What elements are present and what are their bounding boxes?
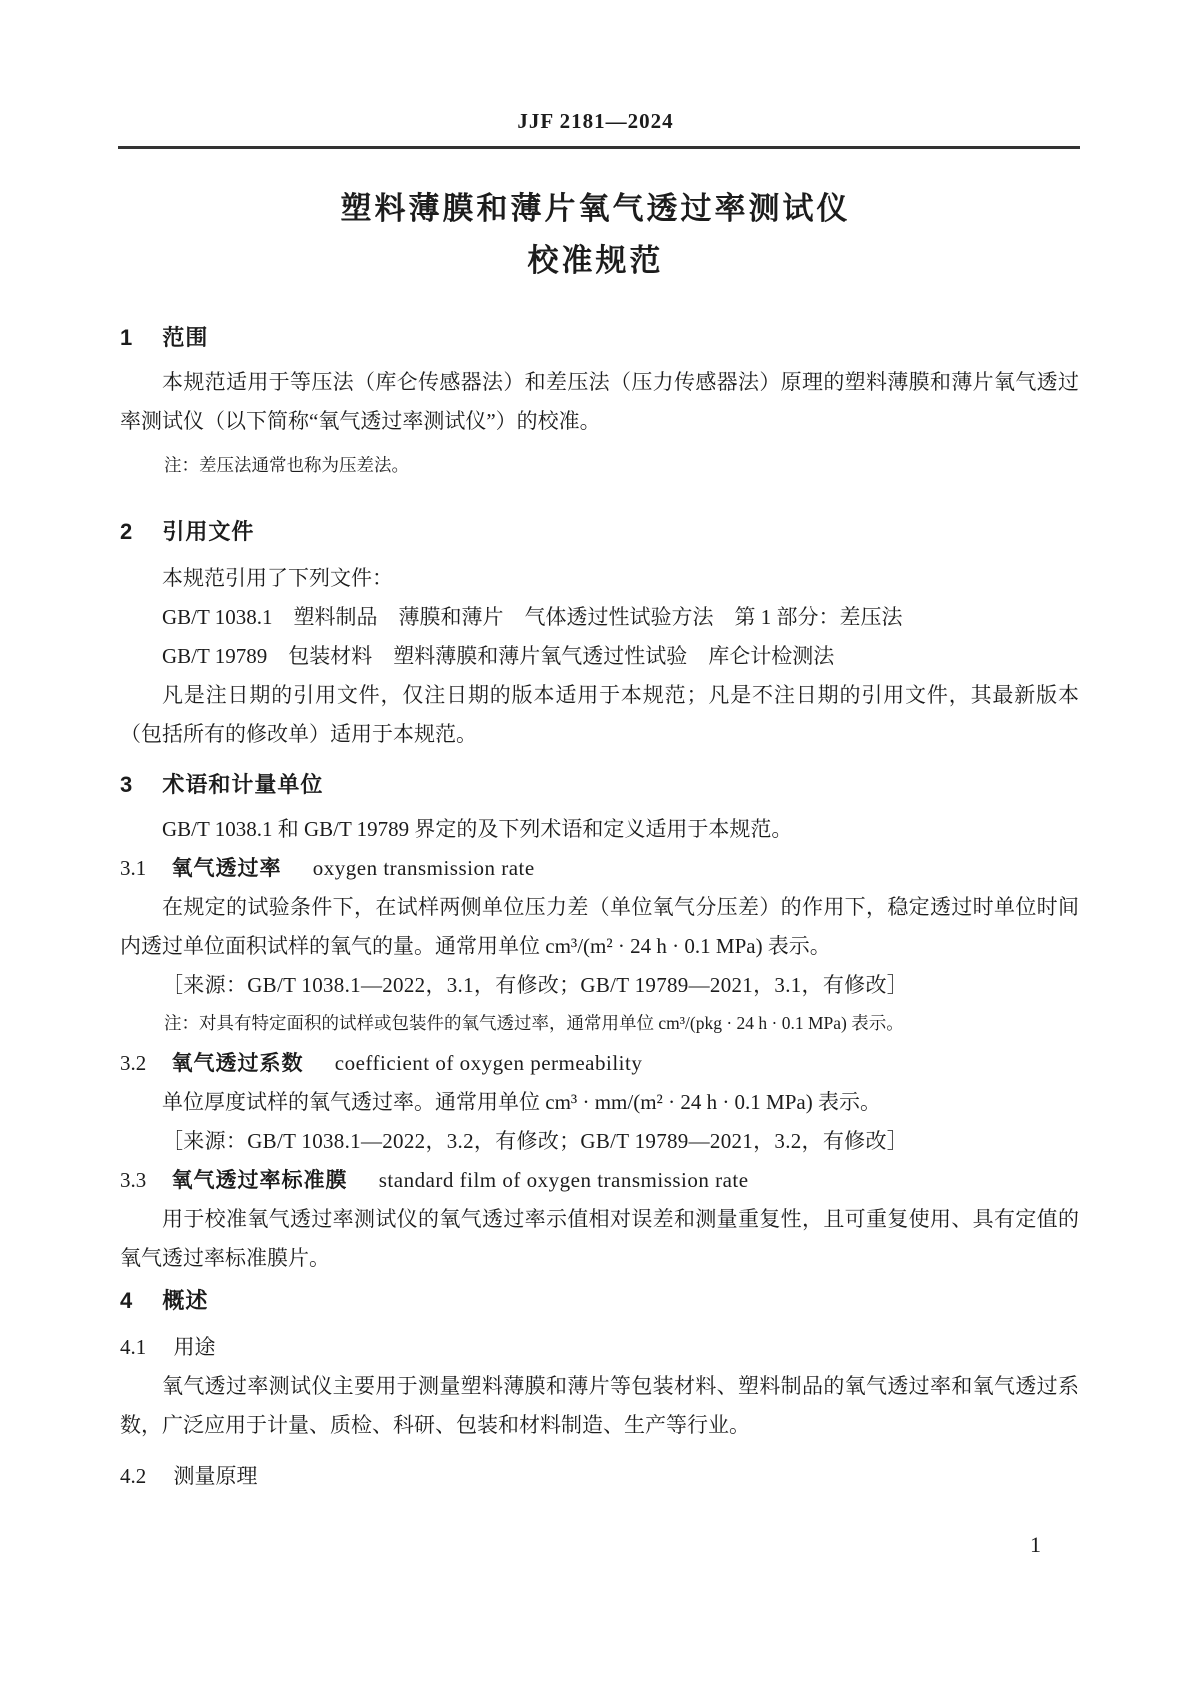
subsection-4-1-paragraph: 氧气透过率测试仪主要用于测量塑料薄膜和薄片等包装材料、塑料制品的氧气透过率和氧气… <box>120 1367 1079 1445</box>
term-3-2-name-en: coefficient of oxygen permeability <box>335 1051 643 1075</box>
section-3-number: 3 <box>120 772 133 797</box>
section-3-title: 术语和计量单位 <box>162 772 323 797</box>
term-3-2-number: 3.2 <box>120 1051 146 1075</box>
term-3-3-number: 3.3 <box>120 1168 146 1192</box>
doc-number: JJF 2181—2024 <box>517 109 673 133</box>
section-1-note: 注：差压法通常也称为压差法。 <box>164 449 1079 481</box>
term-3-3-heading: 3.3 氧气透过率标准膜 standard film of oxygen tra… <box>120 1161 1079 1200</box>
document-page: JJF 2181—2024 塑料薄膜和薄片氧气透过率测试仪 校准规范 1 范围 … <box>0 0 1191 1684</box>
term-3-1-definition: 在规定的试验条件下，在试样两侧单位压力差（单位氧气分压差）的作用下，稳定透过时单… <box>120 888 1079 966</box>
subsection-4-2-heading: 4.2 测量原理 <box>120 1457 1079 1496</box>
section-1-heading: 1 范围 <box>120 323 1079 353</box>
term-3-1-name-en: oxygen transmission rate <box>313 856 535 880</box>
doc-title-line2: 校准规范 <box>0 235 1191 287</box>
section-3-heading: 3 术语和计量单位 <box>120 770 1079 800</box>
section-4-number: 4 <box>120 1288 133 1313</box>
term-3-1-note: 注：对具有特定面积的试样或包装件的氧气透过率，通常用单位 cm³/(pkg · … <box>164 1007 1079 1040</box>
subsection-4-1-number: 4.1 <box>120 1335 146 1359</box>
section-1-number: 1 <box>120 325 133 350</box>
subsection-4-1-heading: 4.1 用途 <box>120 1328 1079 1367</box>
term-3-2-definition: 单位厚度试样的氧气透过率。通常用单位 cm³ · mm/(m² · 24 h ·… <box>120 1083 1079 1122</box>
reference-item-1: GB/T 1038.1 塑料制品 薄膜和薄片 气体透过性试验方法 第 1 部分：… <box>120 598 1079 637</box>
term-3-1-name-zh: 氧气透过率 <box>172 857 282 880</box>
doc-title-line1: 塑料薄膜和薄片氧气透过率测试仪 <box>0 183 1191 235</box>
section-2-heading: 2 引用文件 <box>120 517 1079 547</box>
page-number: 1 <box>1030 1530 1041 1560</box>
section-1-paragraph: 本规范适用于等压法（库仑传感器法）和差压法（压力传感器法）原理的塑料薄膜和薄片氧… <box>120 363 1079 441</box>
term-3-2-source: ［来源：GB/T 1038.1—2022，3.2，有修改；GB/T 19789—… <box>120 1122 1079 1161</box>
subsection-4-2-title: 测量原理 <box>174 1464 258 1488</box>
section-2-paragraph: 凡是注日期的引用文件，仅注日期的版本适用于本规范；凡是不注日期的引用文件，其最新… <box>120 676 1079 754</box>
term-3-3-name-zh: 氧气透过率标准膜 <box>172 1169 348 1192</box>
section-3-intro: GB/T 1038.1 和 GB/T 19789 界定的及下列术语和定义适用于本… <box>120 810 1079 849</box>
section-2-number: 2 <box>120 519 133 544</box>
subsection-4-1-title: 用途 <box>174 1335 216 1359</box>
header-divider-rule <box>118 146 1080 149</box>
term-3-1-heading: 3.1 氧气透过率 oxygen transmission rate <box>120 849 1079 888</box>
doc-title: 塑料薄膜和薄片氧气透过率测试仪 校准规范 <box>0 183 1191 287</box>
section-4-heading: 4 概述 <box>120 1286 1079 1316</box>
reference-item-2: GB/T 19789 包装材料 塑料薄膜和薄片氧气透过性试验 库仑计检测法 <box>120 637 1079 676</box>
term-3-2-name-zh: 氧气透过系数 <box>172 1052 304 1075</box>
term-3-2-heading: 3.2 氧气透过系数 coefficient of oxygen permeab… <box>120 1044 1079 1083</box>
term-3-1-source: ［来源：GB/T 1038.1—2022，3.1，有修改；GB/T 19789—… <box>120 966 1079 1005</box>
term-3-3-definition: 用于校准氧气透过率测试仪的氧气透过率示值相对误差和测量重复性，且可重复使用、具有… <box>120 1200 1079 1278</box>
term-3-1-number: 3.1 <box>120 856 146 880</box>
document-body: 1 范围 本规范适用于等压法（库仑传感器法）和差压法（压力传感器法）原理的塑料薄… <box>0 323 1191 1496</box>
section-1-title: 范围 <box>162 325 208 350</box>
section-2-title: 引用文件 <box>162 519 254 544</box>
section-4-title: 概述 <box>162 1288 208 1313</box>
section-2-intro: 本规范引用了下列文件： <box>120 559 1079 598</box>
doc-header: JJF 2181—2024 <box>0 0 1191 134</box>
subsection-4-2-number: 4.2 <box>120 1464 146 1488</box>
term-3-3-name-en: standard film of oxygen transmission rat… <box>379 1168 749 1192</box>
